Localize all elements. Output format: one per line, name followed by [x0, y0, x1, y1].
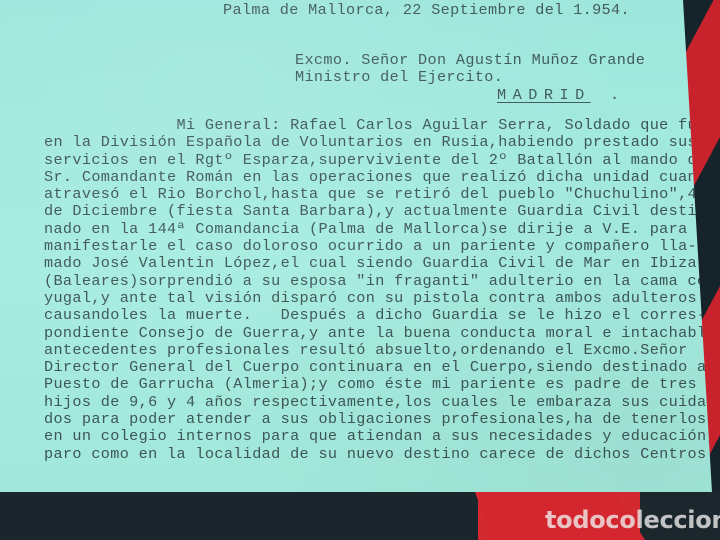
letter-line: servicios en el Rgtº Esparza,supervivien… [44, 152, 720, 169]
letter-line: pondiente Consejo de Guerra,y ante la bu… [44, 325, 720, 342]
letter-line: de Diciembre (fiesta Santa Barbara),y ac… [44, 203, 720, 220]
letter-line: Mi General: Rafael Carlos Aguilar Serra,… [44, 117, 720, 134]
letter-line: en un colegio internos para que atiendan… [44, 428, 720, 445]
dateline: Palma de Mallorca, 22 Septiembre del 1.9… [223, 1, 630, 19]
addressee-title: Ministro del Ejercito. [295, 68, 503, 86]
letter-line: antecedentes profesionales resultó absue… [44, 342, 720, 359]
letter-paper: Palma de Mallorca, 22 Septiembre del 1.9… [0, 0, 712, 492]
watermark-logo: todocoleccion [545, 506, 720, 534]
letter-line: nado en la 144ª Comandancia (Palma de Ma… [44, 221, 720, 238]
letter-line: hijos de 9,6 y 4 años respectivamente,lo… [44, 394, 720, 411]
addressee-city: MADRID [497, 86, 591, 104]
letter-line: yugal,y ante tal visión disparó con su p… [44, 290, 720, 307]
letter-line: Puesto de Garrucha (Almeria);y como éste… [44, 376, 720, 393]
addressee-block: Excmo. Señor Don Agustín Muñoz Grande Mi… [295, 52, 645, 86]
letter-line: (Baleares)sorprendió a su esposa "in fra… [44, 273, 720, 290]
city-punctuation: . [610, 86, 619, 104]
letter-line: en la División Española de Voluntarios e… [44, 134, 720, 151]
letter-line: mado José Valentin López,el cual siendo … [44, 255, 720, 272]
letter-line: causandoles la muerte. Después a dicho G… [44, 307, 720, 324]
letter-line: atravesó el Rio Borchol,hasta que se ret… [44, 186, 720, 203]
addressee-name: Excmo. Señor Don Agustín Muñoz Grande [295, 51, 645, 69]
letter-line: Sr. Comandante Román en las operaciones … [44, 169, 720, 186]
letter-line: Director General del Cuerpo continuara e… [44, 359, 720, 376]
letter-line: dos para poder atender a sus obligacione… [44, 411, 720, 428]
letter-line: manifestarle el caso doloroso ocurrido a… [44, 238, 720, 255]
letter-line: paro como en la localidad de su nuevo de… [44, 446, 720, 463]
letter-body: Mi General: Rafael Carlos Aguilar Serra,… [44, 117, 720, 463]
